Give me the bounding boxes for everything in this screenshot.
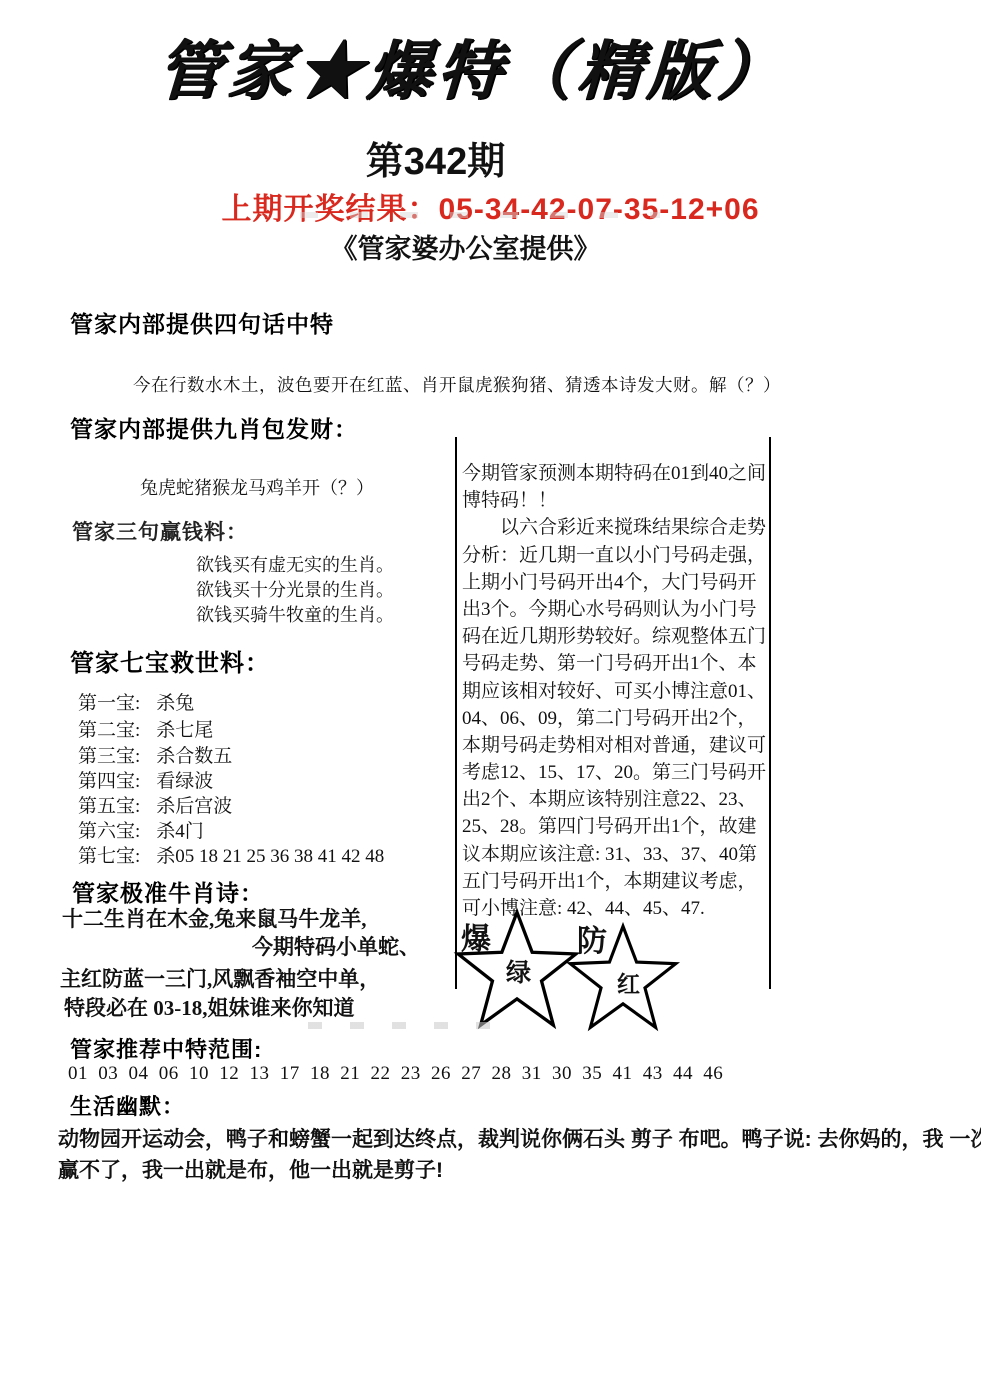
recommend-numbers: 01 03 04 06 10 12 13 17 18 21 22 23 26 2… [68, 1063, 723, 1085]
treasure-value: 杀兔 [156, 693, 194, 714]
green-star-text: 绿 [506, 953, 531, 989]
nine-zodiac-line: 兔虎蛇猪猴龙马鸡羊开（？） [140, 474, 374, 500]
zodiac-poem-line: 十二生肖在木金,兔来鼠马牛龙羊, [62, 903, 367, 933]
money-line: 欲钱买骑牛牧童的生肖。 [196, 603, 394, 628]
treasure-label: 第七宝: [78, 846, 140, 867]
treasure-label: 第五宝: [78, 796, 140, 817]
treasure-value: 杀七尾 [156, 720, 213, 741]
analysis-panel: 今期管家预测本期特码在01到40之间 博特码！！ 以六合彩近来搅珠结果综合走势 … [462, 460, 764, 922]
provider-line: 《管家婆办公室提供》 [0, 227, 956, 266]
analysis-line: 上期小门号码开出4个，大门号码开 [462, 569, 764, 596]
explode-label: 爆 [461, 914, 491, 958]
heading-recommend-range: 管家推荐中特范围: [70, 1033, 262, 1064]
analysis-line: 五门号码开出1个，本期建议考虑， [462, 868, 764, 895]
analysis-line: 以六合彩近来搅珠结果综合走势 [462, 514, 764, 541]
analysis-line: 今期管家预测本期特码在01到40之间 [462, 460, 764, 487]
heading-four-sentences: 管家内部提供四句话中特 [70, 306, 334, 339]
scan-smudge [308, 1022, 493, 1029]
treasure-label: 第二宝: [78, 720, 140, 741]
red-star-text: 红 [617, 966, 640, 999]
treasure-item: 第六宝:杀4门 [78, 816, 204, 843]
page-title: 管家★爆特（精版） [0, 20, 965, 112]
treasure-item: 第四宝:看绿波 [78, 766, 213, 793]
treasure-label: 第六宝: [78, 821, 140, 842]
analysis-line: 码在近几期形势较好。综观整体五门 [462, 623, 764, 650]
analysis-line: 期应该相对较好、可买小博注意01、 [462, 678, 764, 705]
humor-line: 动物园开运动会，鸭子和螃蟹一起到达终点，裁判说你俩石头 剪子 布吧。鸭子说: 去… [58, 1124, 981, 1155]
analysis-line: 分析：近几期一直以小门号码走强， [462, 542, 764, 569]
analysis-line: 博特码！！ [462, 487, 764, 514]
treasure-value: 杀后宫波 [156, 796, 232, 817]
heading-humor: 生活幽默： [70, 1090, 185, 1121]
treasure-item: 第二宝:杀七尾 [78, 715, 213, 742]
treasure-label: 第三宝: [78, 746, 140, 767]
four-sentences-poem: 今在行数水木土，波色要开在红蓝、肖开鼠虎猴狗猪、猜透本诗发大财。解（？） [133, 372, 781, 397]
panel-border-right [769, 437, 771, 989]
scan-smudge-top [300, 212, 660, 218]
analysis-line: 出2个、本期应该特别注意22、23、 [462, 786, 764, 813]
treasure-item: 第一宝:杀兔 [78, 688, 194, 715]
heading-nine-zodiac: 管家内部提供九肖包发财： [70, 411, 358, 444]
analysis-line: 出3个。今期心水号码则认为小门号 [462, 596, 764, 623]
three-sentences-list: 欲钱买有虚无实的生肖。 欲钱买十分光景的生肖。 欲钱买骑牛牧童的生肖。 [196, 553, 394, 628]
money-line: 欲钱买十分光景的生肖。 [196, 578, 394, 603]
last-draw-result: 上期开奖结果：05-34-42-07-35-12+06 [0, 184, 981, 228]
analysis-line: 04、06、09，第二门号码开出2个， [462, 705, 764, 732]
humor-text: 动物园开运动会，鸭子和螃蟹一起到达终点，裁判说你俩石头 剪子 布吧。鸭子说: 去… [58, 1124, 981, 1186]
treasure-label: 第四宝: [78, 771, 140, 792]
treasure-value: 杀4门 [156, 821, 204, 842]
analysis-line: 议本期应该注意: 31、33、37、40第 [462, 841, 764, 868]
tip-sheet-page: 管家★爆特（精版） 第342期 上期开奖结果：05-34-42-07-35-12… [0, 0, 981, 1388]
zodiac-poem-line: 主红防蓝一三门,风飘香袖空中单， [60, 963, 380, 993]
treasure-value: 杀05 18 21 25 36 38 41 42 48 [156, 846, 384, 867]
analysis-line: 本期号码走势相对相对普通，建议可 [462, 732, 764, 759]
treasure-item: 第三宝:杀合数五 [78, 741, 232, 768]
treasure-item: 第七宝:杀05 18 21 25 36 38 41 42 48 [78, 841, 384, 868]
heading-seven-treasures: 管家七宝救世料： [70, 643, 270, 678]
zodiac-poem-line: 特段必在 03-18,姐妹谁来你知道 [64, 992, 355, 1022]
zodiac-poem-line: 今期特码小单蛇、 [252, 931, 420, 961]
guard-label: 防 [577, 916, 607, 960]
treasure-label: 第一宝: [78, 693, 140, 714]
analysis-line: 25、28。第四门号码开出1个，故建 [462, 813, 764, 840]
analysis-line: 号码走势、第一门号码开出1个、本 [462, 650, 764, 677]
issue-number: 第342期 [0, 130, 926, 185]
money-line: 欲钱买有虚无实的生肖。 [196, 553, 394, 578]
humor-line: 赢不了，我一出就是布，他一出就是剪子! [58, 1155, 981, 1186]
treasure-value: 杀合数五 [156, 746, 232, 767]
treasure-value: 看绿波 [156, 771, 213, 792]
heading-three-sentences: 管家三句赢钱料： [72, 516, 248, 546]
treasure-item: 第五宝:杀后宫波 [78, 791, 232, 818]
analysis-line: 考虑12、15、17、20。第三门号码开 [462, 759, 764, 786]
